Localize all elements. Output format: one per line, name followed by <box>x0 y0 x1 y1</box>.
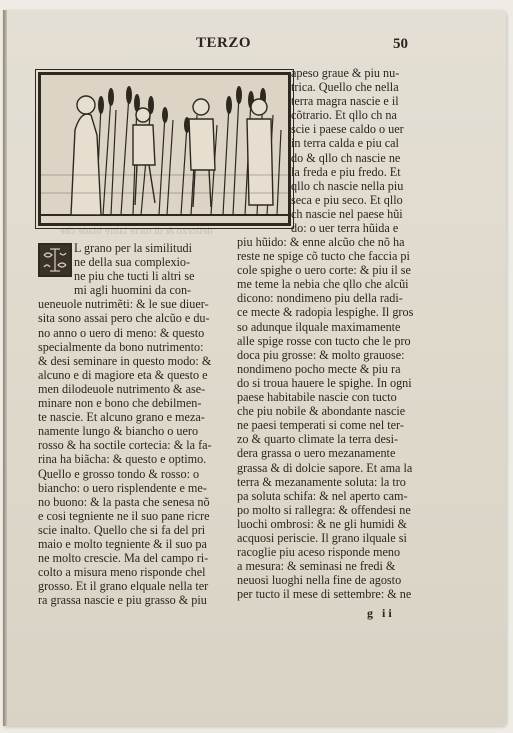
text-line: ne piu che tucti li altri se <box>38 269 234 283</box>
text-line: in terra calda e piu cal <box>291 136 481 150</box>
text-line: a mesura: & seminasi ne fredi & <box>237 559 481 573</box>
text-line: nondimeno pocho mecte & piu ra <box>237 362 481 376</box>
text-line: paese habitabile nascie con tucto <box>237 390 481 404</box>
text-line: seca e piu seco. Et qllo <box>291 193 481 207</box>
text-line: ne della sua complexio- <box>38 255 234 269</box>
text-line: minare non e bono che debilmen- <box>38 396 234 410</box>
text-line: me teme la nebia che qllo che alcũi <box>237 277 481 291</box>
text-line: & desi seminare in questo modo: & <box>38 354 234 368</box>
text-line: grassa & di dolcie sapore. Et ama la <box>237 461 481 475</box>
text-line: terra & mezanamente soluta: la tro <box>237 475 481 489</box>
text-line: doca piu grosse: & molto grauose: <box>237 348 481 362</box>
text-line: L grano per la similitudi <box>38 241 234 255</box>
text-line: trica. Quello che nella <box>291 80 481 94</box>
text-line: do & qllo ch nascie ne <box>291 151 481 165</box>
text-line: zo & quarto climate la terra desi- <box>237 432 481 446</box>
text-line: scie i paese caldo o uer <box>291 122 481 136</box>
text-line: ueneuole nutrimẽti: & le sue diuer- <box>38 297 234 311</box>
text-line: maio e molto tegniente & il suo pa <box>38 537 234 551</box>
text-line: qllo ch nascie nella piu <box>291 179 481 193</box>
signature-mark: g ii <box>367 606 395 621</box>
text-line: luochi ombrosi: & ne gli humidi & <box>237 517 481 531</box>
text-line: acquosi periscie. Il grano ilquale si <box>237 531 481 545</box>
text-line: so adunque ilquale maximamente <box>237 320 481 334</box>
text-line: biancho: o uero risplendente e me- <box>38 481 234 495</box>
text-line: do si troua hauere le spighe. In ogni <box>237 376 481 390</box>
text-line: terra magra nascie e il <box>291 94 481 108</box>
text-line: pa soluta schifa: & nel aperto cam- <box>237 489 481 503</box>
text-line: alcuno e di magiore eta & questo e <box>38 368 234 382</box>
text-line: po molto si rallegra: & offendesi ne <box>237 503 481 517</box>
text-line: do: o uer terra hũida e <box>291 221 481 235</box>
text-line: men dilodeuole nutrimento & ase- <box>38 382 234 396</box>
text-line: no anno o uero di meno: & questo <box>38 326 234 340</box>
text-line: la freda e piu fredo. Et <box>291 165 481 179</box>
text-line: cõtrario. Et qllo ch na <box>291 108 481 122</box>
text-line: te nascie. Et alcuno grano e meza- <box>38 410 234 424</box>
woodcut-illustration <box>38 72 291 226</box>
text-line: scie inalto. Quello che si fa del pri <box>38 523 234 537</box>
page-binding-edge <box>3 10 7 726</box>
text-line: reste ne spige cõ tucto che faccia pi <box>237 249 481 263</box>
text-line: piu hũido: & enne alcũo che nõ ha <box>237 235 481 249</box>
text-line: alle spige rosse con tucto che le pro <box>237 334 481 348</box>
text-line: apeso graue & piu nu- <box>291 66 481 80</box>
text-line: ne molto crescie. Ma del campo ri- <box>38 551 234 565</box>
text-line: dera grassa o uero mezanamente <box>237 446 481 460</box>
text-line: ra grassa nascie e piu grasso & piu <box>38 593 234 607</box>
text-line: no buono: & la pasta che senesa nõ <box>38 495 234 509</box>
text-line: ch nascie nel paese hũi <box>291 207 481 221</box>
right-column-top-text: apeso graue & piu nu- trica. Quello che … <box>291 66 481 235</box>
text-line: namente lungo & biancho o uero <box>38 424 234 438</box>
text-line: colto a misura meno risponde chel <box>38 565 234 579</box>
text-line: cole spighe o uero corte: & piu il se <box>237 263 481 277</box>
wheat-field-woodcut-icon <box>41 75 288 223</box>
text-line: Quello e grosso tondo & rosso: o <box>38 467 234 481</box>
text-line: rosso & ha soctile cortecia: & la fa- <box>38 438 234 452</box>
text-line: ce mecte & radopia lespighe. Il gros <box>237 305 481 319</box>
text-line: specialmente da bono nutrimento: <box>38 340 234 354</box>
text-line: che piu nobile & abondante nascie <box>237 404 481 418</box>
text-line: sita sono assai pero che alcũo e du- <box>38 311 234 325</box>
text-line: e cosi tegniente ne il suo pane ricre <box>38 509 234 523</box>
text-line: neuosi luoghi nella fine de agosto <box>237 573 481 587</box>
left-column-text: L grano per la similitudi ne della sua c… <box>38 241 234 607</box>
text-line: racoglie piu aceso risponde meno <box>237 545 481 559</box>
text-line: per tucto il mese di settembre: & ne <box>237 587 481 601</box>
text-line: grosso. Et il grano elquale nella ter <box>38 579 234 593</box>
text-line: dicono: nondimeno piu della radi- <box>237 291 481 305</box>
text-line: mi agli huomini da con- <box>38 283 234 297</box>
running-head: TERZO <box>196 35 251 52</box>
right-column-bottom-text: piu hũido: & enne alcũo che nõ ha reste … <box>237 235 481 601</box>
text-line: ne paesi temperati si come nel ter- <box>237 418 481 432</box>
bleed-through-text: deilorzo & di tucte laltre biade che <box>60 225 213 237</box>
folio-number: 50 <box>393 36 408 53</box>
text-line: rina ha biãcha: & questo e optimo. <box>38 452 234 466</box>
